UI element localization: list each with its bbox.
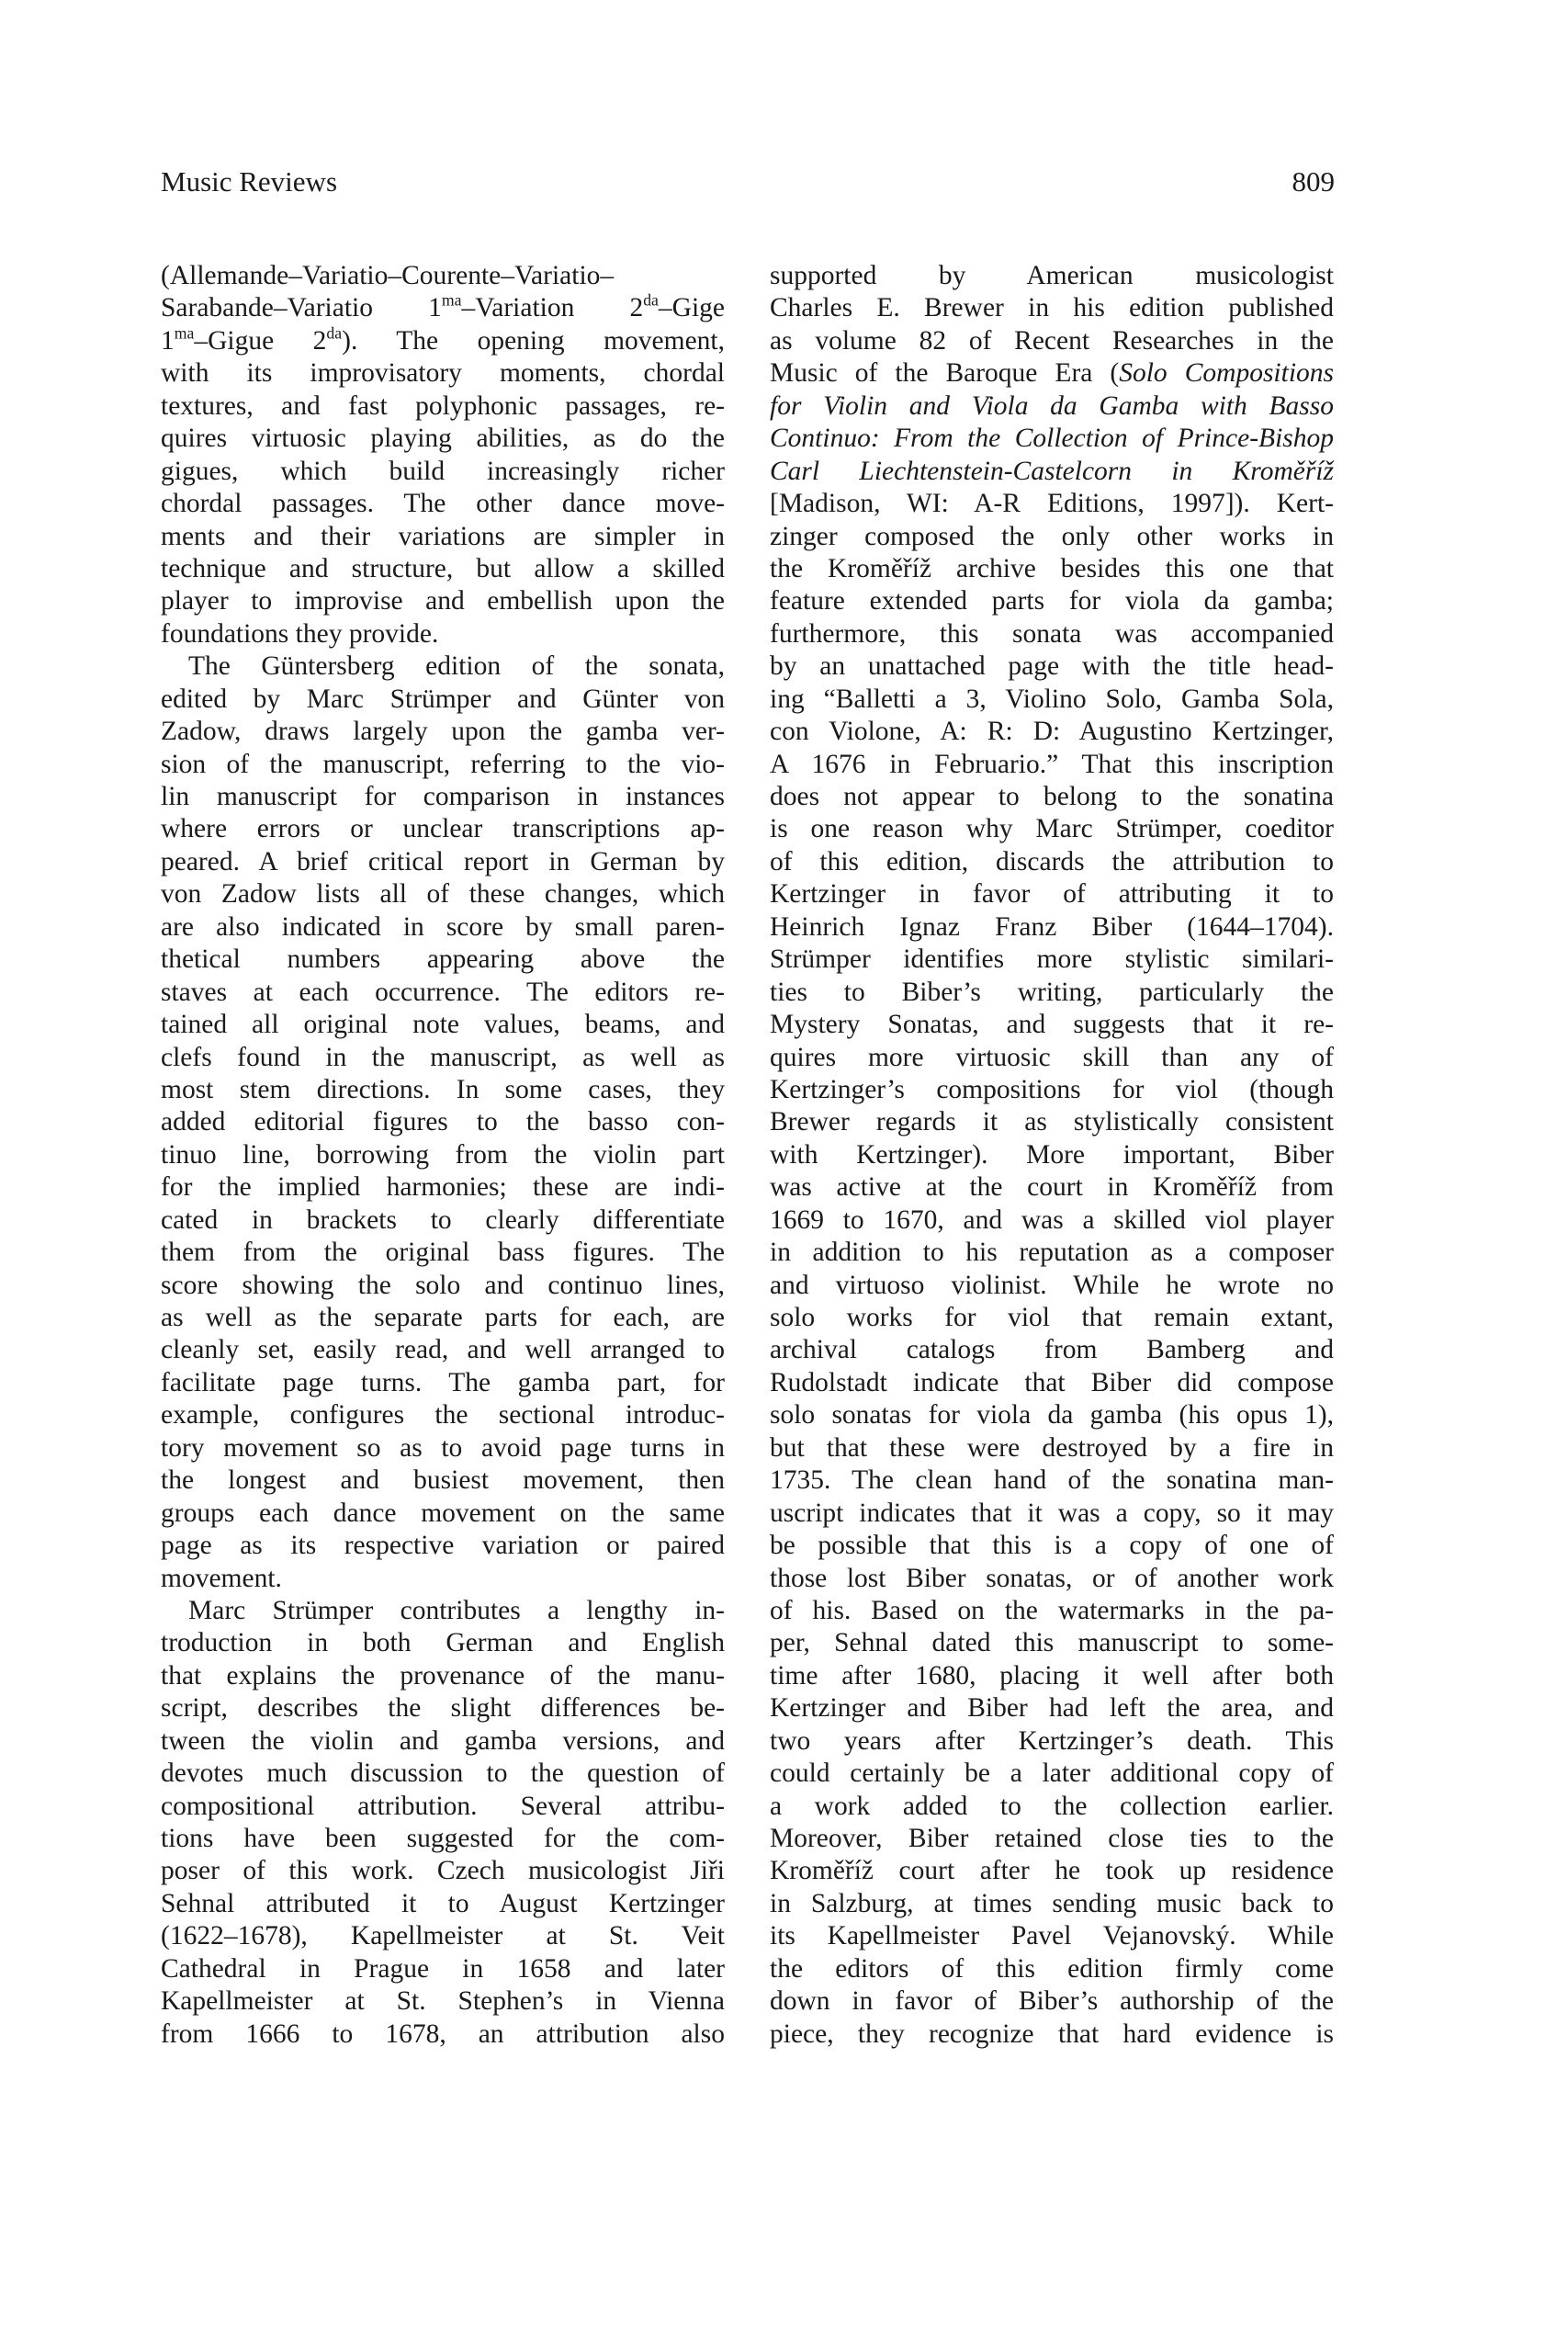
text-line: with its improvisatory moments, chordal xyxy=(161,357,725,390)
text-line: Brewer regards it as stylistically consi… xyxy=(770,1106,1334,1138)
text-line: furthermore, this sonata was accompanied xyxy=(770,618,1334,650)
text-line: page as its respective variation or pair… xyxy=(161,1530,725,1562)
text-line: are also indicated in score by small par… xyxy=(161,911,725,944)
text-line: script, describes the slight differences… xyxy=(161,1692,725,1724)
text-line: Sehnal attributed it to August Kertzinge… xyxy=(161,1888,725,1920)
text-line: peared. A brief critical report in Germa… xyxy=(161,846,725,878)
text-line: ties to Biber’s writing, particularly th… xyxy=(770,977,1334,1009)
text-line: as well as the separate parts for each, … xyxy=(161,1302,725,1334)
text-line: added editorial figures to the basso con… xyxy=(161,1106,725,1138)
text-line: of his. Based on the watermarks in the p… xyxy=(770,1595,1334,1627)
text-line: Carl Liechtenstein-Castelcorn in Kroměří… xyxy=(770,456,1334,488)
text-line: zinger composed the only other works in xyxy=(770,521,1334,553)
text-line: troduction in both German and English xyxy=(161,1627,725,1659)
running-head: Music Reviews 809 xyxy=(161,164,1335,200)
text-line: uscript indicates that it was a copy, so… xyxy=(770,1498,1334,1530)
text-line: the editors of this edition firmly come xyxy=(770,1953,1334,1985)
text-line: (Allemande–Variatio–Courente–Variatio– xyxy=(161,260,725,292)
text-line: be possible that this is a copy of one o… xyxy=(770,1530,1334,1562)
text-line: its Kapellmeister Pavel Vejanovský. Whil… xyxy=(770,1920,1334,1952)
text-line: the Kroměříž archive besides this one th… xyxy=(770,553,1334,585)
text-line: and virtuoso violinist. While he wrote n… xyxy=(770,1270,1334,1302)
text-line: 1735. The clean hand of the sonatina man… xyxy=(770,1464,1334,1497)
text-line: where errors or unclear transcriptions a… xyxy=(161,813,725,845)
text-line: (1622–1678), Kapellmeister at St. Veit xyxy=(161,1920,725,1952)
text-line: edited by Marc Strümper and Günter von xyxy=(161,684,725,716)
text-line: score showing the solo and continuo line… xyxy=(161,1270,725,1302)
text-line: technique and structure, but allow a ski… xyxy=(161,553,725,585)
text-line: example, configures the sectional introd… xyxy=(161,1399,725,1431)
text-line: Mystery Sonatas, and suggests that it re… xyxy=(770,1009,1334,1041)
text-line: the longest and busiest movement, then xyxy=(161,1464,725,1497)
text-line: [Madison, WI: A-R Editions, 1997]). Kert… xyxy=(770,488,1334,520)
text-line: with Kertzinger). More important, Biber xyxy=(770,1139,1334,1171)
text-line: 1669 to 1670, and was a skilled viol pla… xyxy=(770,1204,1334,1237)
text-line: chordal passages. The other dance move- xyxy=(161,488,725,520)
text-line: Strümper identifies more stylistic simil… xyxy=(770,944,1334,976)
text-line: archival catalogs from Bamberg and xyxy=(770,1334,1334,1366)
text-line: a work added to the collection earlier. xyxy=(770,1791,1334,1823)
text-line: thetical numbers appearing above the xyxy=(161,944,725,976)
text-line: solo works for viol that remain extant, xyxy=(770,1302,1334,1334)
text-line: Moreover, Biber retained close ties to t… xyxy=(770,1823,1334,1855)
text-line: The Güntersberg edition of the sonata, xyxy=(161,650,725,683)
text-line: most stem directions. In some cases, the… xyxy=(161,1074,725,1106)
text-line: sion of the manuscript, referring to the… xyxy=(161,749,725,781)
text-line: poser of this work. Czech musicologist J… xyxy=(161,1855,725,1887)
text-line: feature extended parts for viola da gamb… xyxy=(770,585,1334,617)
text-line: Kertzinger’s compositions for viol (thou… xyxy=(770,1074,1334,1106)
text-line: could certainly be a later additional co… xyxy=(770,1758,1334,1790)
text-line: Charles E. Brewer in his edition publish… xyxy=(770,292,1334,324)
text-line: of this edition, discards the attributio… xyxy=(770,846,1334,878)
text-line: piece, they recognize that hard evidence… xyxy=(770,2018,1334,2051)
text-line: 1ma–Gigue 2da). The opening movement, xyxy=(161,325,725,357)
text-line: as volume 82 of Recent Researches in the xyxy=(770,325,1334,357)
text-line: tained all original note values, beams, … xyxy=(161,1009,725,1041)
text-line: compositional attribution. Several attri… xyxy=(161,1791,725,1823)
text-line: Heinrich Ignaz Franz Biber (1644–1704). xyxy=(770,911,1334,944)
text-line: ments and their variations are simpler i… xyxy=(161,521,725,553)
text-line: cleanly set, easily read, and well arran… xyxy=(161,1334,725,1366)
text-line: tions have been suggested for the com- xyxy=(161,1823,725,1855)
text-line: two years after Kertzinger’s death. This xyxy=(770,1725,1334,1758)
text-line: Marc Strümper contributes a lengthy in- xyxy=(161,1595,725,1627)
text-line: foundations they provide. xyxy=(161,618,725,650)
text-line: for Violin and Viola da Gamba with Basso xyxy=(770,390,1334,423)
text-line: groups each dance movement on the same xyxy=(161,1498,725,1530)
text-line: per, Sehnal dated this manuscript to som… xyxy=(770,1627,1334,1659)
text-line: von Zadow lists all of these changes, wh… xyxy=(161,878,725,910)
text-line: Music of the Baroque Era (Solo Compositi… xyxy=(770,357,1334,390)
text-line: lin manuscript for comparison in instanc… xyxy=(161,781,725,813)
text-line: Rudolstadt indicate that Biber did compo… xyxy=(770,1367,1334,1399)
text-line: but that these were destroyed by a fire … xyxy=(770,1432,1334,1464)
text-line: gigues, which build increasingly richer xyxy=(161,456,725,488)
text-line: Kertzinger and Biber had left the area, … xyxy=(770,1692,1334,1724)
text-line: down in favor of Biber’s authorship of t… xyxy=(770,1985,1334,2018)
text-line: those lost Biber sonatas, or of another … xyxy=(770,1563,1334,1595)
text-line: con Violone, A: R: D: Augustino Kertzing… xyxy=(770,716,1334,748)
text-line: Sarabande–Variatio 1ma–Variation 2da–Gig… xyxy=(161,292,725,324)
text-line: Kroměříž court after he took up residenc… xyxy=(770,1855,1334,1887)
text-line: player to improvise and embellish upon t… xyxy=(161,585,725,617)
text-line: quires more virtuosic skill than any of xyxy=(770,1042,1334,1074)
text-line: does not appear to belong to the sonatin… xyxy=(770,781,1334,813)
text-line: by an unattached page with the title hea… xyxy=(770,650,1334,683)
text-line: Kertzinger in favor of attributing it to xyxy=(770,878,1334,910)
text-line: from 1666 to 1678, an attribution also xyxy=(161,2018,725,2051)
text-line: is one reason why Marc Strümper, coedito… xyxy=(770,813,1334,845)
running-head-title: Music Reviews xyxy=(161,164,337,200)
text-line: supported by American musicologist xyxy=(770,260,1334,292)
text-line: textures, and fast polyphonic passages, … xyxy=(161,390,725,423)
page-number: 809 xyxy=(1292,164,1336,200)
text-line: in Salzburg, at times sending music back… xyxy=(770,1888,1334,1920)
text-line: time after 1680, placing it well after b… xyxy=(770,1660,1334,1692)
text-line: Zadow, draws largely upon the gamba ver- xyxy=(161,716,725,748)
text-line: Continuo: From the Collection of Prince-… xyxy=(770,423,1334,455)
text-line: ing “Balletti a 3, Violino Solo, Gamba S… xyxy=(770,684,1334,716)
text-line: tinuo line, borrowing from the violin pa… xyxy=(161,1139,725,1171)
text-line: tory movement so as to avoid page turns … xyxy=(161,1432,725,1464)
text-line: in addition to his reputation as a compo… xyxy=(770,1237,1334,1269)
text-line: staves at each occurrence. The editors r… xyxy=(161,977,725,1009)
text-line: A 1676 in Februario.” That this inscript… xyxy=(770,749,1334,781)
text-line: them from the original bass figures. The xyxy=(161,1237,725,1269)
text-line: devotes much discussion to the question … xyxy=(161,1758,725,1790)
text-line: movement. xyxy=(161,1563,725,1595)
text-line: cated in brackets to clearly differentia… xyxy=(161,1204,725,1237)
left-text-column: (Allemande–Variatio–Courente–Variatio–Sa… xyxy=(161,260,725,2051)
text-line: for the implied harmonies; these are ind… xyxy=(161,1171,725,1204)
text-line: tween the violin and gamba versions, and xyxy=(161,1725,725,1758)
text-line: clefs found in the manuscript, as well a… xyxy=(161,1042,725,1074)
text-line: was active at the court in Kroměříž from xyxy=(770,1171,1334,1204)
text-line: solo sonatas for viola da gamba (his opu… xyxy=(770,1399,1334,1431)
text-line: facilitate page turns. The gamba part, f… xyxy=(161,1367,725,1399)
right-text-column: supported by American musicologistCharle… xyxy=(770,260,1334,2051)
text-line: Cathedral in Prague in 1658 and later xyxy=(161,1953,725,1985)
text-line: quires virtuosic playing abilities, as d… xyxy=(161,423,725,455)
text-line: Kapellmeister at St. Stephen’s in Vienna xyxy=(161,1985,725,2018)
text-line: that explains the provenance of the manu… xyxy=(161,1660,725,1692)
